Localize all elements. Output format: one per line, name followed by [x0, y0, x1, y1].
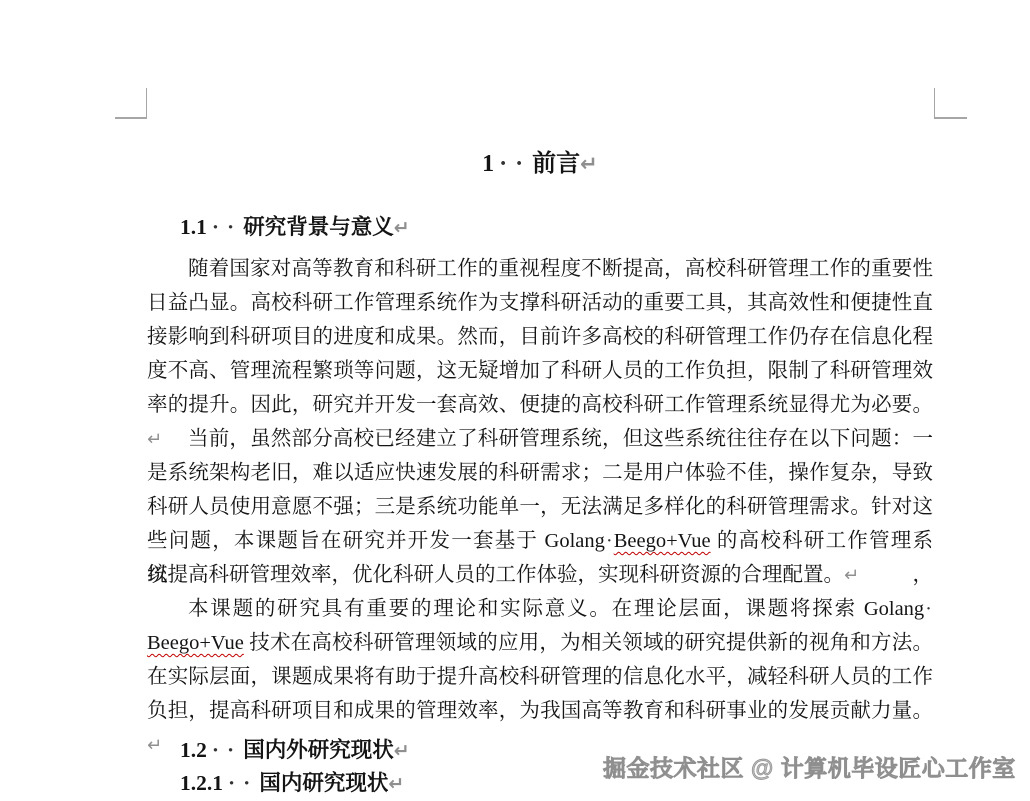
text-segment: 国内研究现状: [259, 771, 388, 795]
text-segment: Golang: [545, 530, 605, 552]
space-mark-icon: ·: [605, 530, 614, 552]
text-line: Beego+Vue 技术在高校科研管理领域的应用，为相关领域的研究提供新的视角和…: [147, 626, 933, 660]
spellcheck-flagged-text: Beego+Vue: [147, 632, 244, 654]
text-segment: 科研人员使用意愿不强；三是系统功能单一，无法满足多样化的科研管理需求。针对这: [147, 496, 933, 518]
spellcheck-flagged-text: Beego+Vue: [614, 530, 711, 552]
section-heading-1-2-1: 1.2.1··国内研究现状↵: [180, 768, 404, 800]
text-segment: 以提高科研管理效率，优化科研人员的工作体验，实现科研资源的合理配置。: [147, 564, 844, 586]
document-text-area[interactable]: 随着国家对高等教育和科研工作的重视程度不断提高，高校科研管理工作的重要性日益凸显…: [147, 0, 933, 801]
text-segment: 技术在高校科研管理领域的应用，为相关领域的研究提供新的视角和方法。: [244, 632, 933, 654]
text-segment: 1.2.1: [180, 771, 223, 795]
text-segment: 1.1: [180, 215, 207, 239]
text-segment: 日益凸显。高校科研工作管理系统作为支撑科研活动的重要工具，其高效性和便捷性直: [147, 292, 933, 314]
paragraph-mark-icon: ↵: [394, 217, 410, 239]
space-mark-icon: ··: [228, 771, 258, 795]
paragraph-mark-icon: ↵: [388, 773, 404, 795]
text-line: 在实际层面，课题成果将有助于提升高校科研管理的信息化水平，减轻科研人员的工作: [147, 660, 933, 694]
body-text: 随着国家对高等教育和科研工作的重视程度不断提高，高校科研管理工作的重要性日益凸显…: [147, 252, 933, 728]
section-heading-1-1: 1.1··研究背景与意义↵: [180, 212, 410, 244]
section-heading-1-2: 1.2··国内外研究现状↵: [180, 735, 410, 767]
text-segment: Golang: [864, 598, 924, 620]
crop-mark-top-left-horizontal: [115, 117, 147, 119]
watermark-text: 掘金技术社区 @ 计算机毕设匠心工作室: [603, 750, 1016, 783]
paragraph-mark-icon: ↵: [394, 740, 410, 762]
text-segment: 度不高、管理流程繁琐等问题，这无疑增加了科研人员的工作负担，限制了科研管理效: [147, 360, 933, 382]
space-mark-icon: ··: [212, 215, 242, 239]
text-segment: 些问题，本课题旨在研究并开发一套基于: [147, 530, 545, 552]
paragraph-mark-icon: ↵: [147, 429, 162, 450]
text-line: 以提高科研管理效率，优化科研人员的工作体验，实现科研资源的合理配置。↵: [147, 558, 933, 592]
text-segment: 是系统架构老旧，难以适应快速发展的科研需求；二是用户体验不佳，操作复杂，导致: [147, 462, 933, 484]
text-segment: 研究背景与意义: [243, 215, 394, 239]
space-mark-icon: ··: [212, 738, 242, 762]
crop-mark-top-right-vertical: [934, 88, 935, 119]
crop-mark-top-right-horizontal: [934, 117, 967, 119]
space-mark-icon: ··: [499, 151, 531, 177]
chapter-title: 1··前言↵: [147, 147, 933, 181]
text-segment: 1: [482, 151, 494, 177]
text-segment: 负担，提高科研项目和成果的管理效率，为我国高等教育和科研事业的发展贡献力量。: [147, 700, 933, 722]
text-line: 接影响到科研项目的进度和成果。然而，目前许多高校的科研管理工作仍存在信息化程: [147, 320, 933, 354]
text-line: 是系统架构老旧，难以适应快速发展的科研需求；二是用户体验不佳，操作复杂，导致: [147, 456, 933, 490]
word-document-page: 随着国家对高等教育和科研工作的重视程度不断提高，高校科研管理工作的重要性日益凸显…: [0, 0, 1030, 801]
text-line: 当前，虽然部分高校已经建立了科研管理系统，但这些系统往往存在以下问题：一: [147, 422, 933, 456]
text-segment: 在实际层面，课题成果将有助于提升高校科研管理的信息化水平，减轻科研人员的工作: [147, 666, 933, 688]
text-line: 日益凸显。高校科研工作管理系统作为支撑科研活动的重要工具，其高效性和便捷性直: [147, 286, 933, 320]
paragraph-mark-icon: ↵: [580, 151, 598, 176]
text-segment: 随着国家对高等教育和科研工作的重视程度不断提高，高校科研管理工作的重要性: [188, 258, 933, 280]
text-line: 些问题，本课题旨在研究并开发一套基于 Golang·Beego+Vue 的高校科…: [147, 524, 933, 558]
space-mark-icon: ·: [924, 598, 933, 620]
text-segment: 率的提升。因此，研究并开发一套高效、便捷的高校科研工作管理系统显得尤为必要。: [147, 394, 933, 416]
text-line: 度不高、管理流程繁琐等问题，这无疑增加了科研人员的工作负担，限制了科研管理效: [147, 354, 933, 388]
text-segment: 接影响到科研项目的进度和成果。然而，目前许多高校的科研管理工作仍存在信息化程: [147, 326, 933, 348]
text-segment: 前言: [532, 151, 580, 177]
text-segment: 国内外研究现状: [243, 738, 394, 762]
text-line: 率的提升。因此，研究并开发一套高效、便捷的高校科研工作管理系统显得尤为必要。↵: [147, 388, 933, 422]
text-line: 本课题的研究具有重要的理论和实际意义。在理论层面，课题将探索 Golang·: [147, 592, 933, 626]
text-line: 科研人员使用意愿不强；三是系统功能单一，无法满足多样化的科研管理需求。针对这: [147, 490, 933, 524]
text-segment: 本课题的研究具有重要的理论和实际意义。在理论层面，课题将探索: [188, 598, 864, 620]
text-line: 随着国家对高等教育和科研工作的重视程度不断提高，高校科研管理工作的重要性: [147, 252, 933, 286]
text-line: 负担，提高科研项目和成果的管理效率，为我国高等教育和科研事业的发展贡献力量。↵: [147, 694, 933, 728]
text-segment: 1.2: [180, 738, 207, 762]
paragraph-mark-icon: ↵: [147, 735, 162, 756]
paragraph-mark-icon: ↵: [844, 565, 859, 586]
text-segment: 当前，虽然部分高校已经建立了科研管理系统，但这些系统往往存在以下问题：一: [188, 428, 933, 450]
